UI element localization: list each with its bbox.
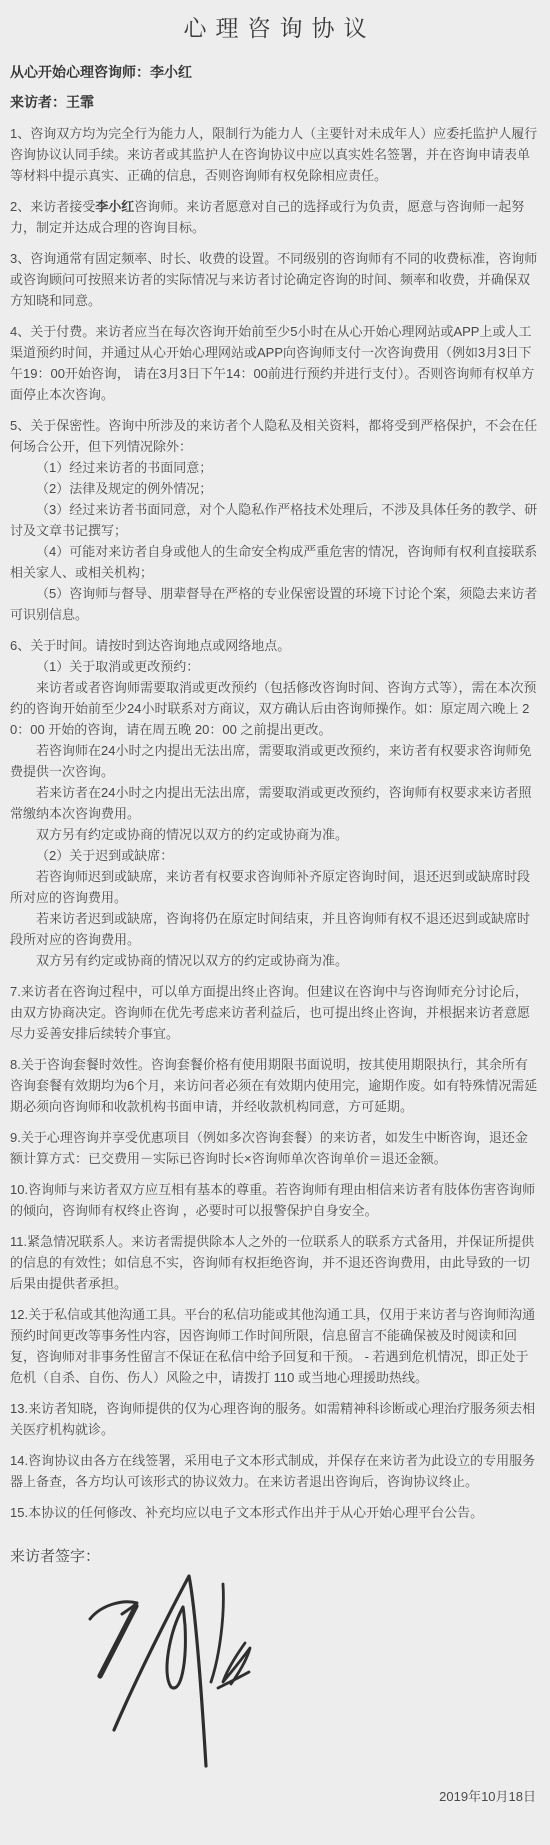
visitor-name: 王霏 — [66, 94, 94, 110]
visitor-label: 来访者： — [10, 94, 66, 110]
clause-paragraph: 7.来访者在咨询过程中，可以单方面提出终止咨询。但建议在咨询中与咨询师充分讨论后… — [10, 981, 540, 1044]
clause-paragraph: 11.紧急情况联系人。来访者需提供除本人之外的一位联系人的联系方式备用，并保证所… — [10, 1231, 540, 1294]
clause-paragraph: 5、关于保密性。咨询中所涉及的来访者个人隐私及相关资料，都将受到严格保护，不会在… — [10, 415, 540, 457]
page-title: 心理咨询协议 — [10, 10, 540, 43]
clauses-container: 1、咨询双方均为完全行为能力人，限制行为能力人（主要针对未成年人）应委托监护人履… — [10, 123, 540, 1523]
clause-paragraph: 6、关于时间。请按时到达咨询地点或网络地点。 — [10, 635, 540, 656]
clause-subparagraph: （5）咨询师与督导、朋辈督导在严格的专业保密设置的环境下讨论个案，须隐去来访者可… — [10, 583, 540, 625]
clause-subparagraph: （4）可能对来访者自身或他人的生命安全构成严重危害的情况，咨询师有权利直接联系相… — [10, 541, 540, 583]
clause-paragraph: 8.关于咨询套餐时效性。咨询套餐价格有使用期限书面说明，按其使用期限执行，其余所… — [10, 1054, 540, 1117]
counselor-line: 从心开始心理咨询师：李小红 — [10, 63, 540, 81]
clause-subparagraph: 若咨询师在24小时之内提出无法出席，需要取消或更改预约，来访者有权要求咨询师免费… — [10, 740, 540, 782]
clause-subparagraph: 双方另有约定或协商的情况以双方的约定或协商为准。 — [10, 824, 540, 845]
clause-subparagraph: （2）法律及规定的例外情况； — [10, 478, 540, 499]
clause-subparagraph: 双方另有约定或协商的情况以双方的约定或协商为准。 — [10, 950, 540, 971]
signature-stroke — [114, 1576, 206, 1766]
clause-subparagraph: 若来访者在24小时之内提出无法出席，需要取消或更改预约，咨询师有权要求来访者照常… — [10, 782, 540, 824]
clause-subparagraph: （1）关于取消或更改预约： — [10, 656, 540, 677]
clause-paragraph: 3、咨询通常有固定频率、时长、收费的设置。不同级别的咨询师有不同的收费标准，咨询… — [10, 248, 540, 311]
clause-paragraph: 14.咨询协议由各方在线签署，采用电子文本形式制成，并保存在来访者为此设立的专用… — [10, 1450, 540, 1492]
clause-subparagraph: （2）关于迟到或缺席： — [10, 845, 540, 866]
clause-paragraph: 10.咨询师与来访者双方应互相有基本的尊重。若咨询师有理由相信来访者有肢体伤害咨… — [10, 1179, 540, 1221]
clause-paragraph: 1、咨询双方均为完全行为能力人，限制行为能力人（主要针对未成年人）应委托监护人履… — [10, 123, 540, 186]
clause-subparagraph: （3）经过来访者书面同意，对个人隐私作严格技术处理后，不涉及具体任务的教学、研讨… — [10, 499, 540, 541]
visitor-line: 来访者：王霏 — [10, 93, 540, 111]
signature-label: 来访者签字： — [10, 1545, 540, 1566]
clause-paragraph: 12.关于私信或其他沟通工具。平台的私信功能或其他沟通工具，仅用于来访者与咨询师… — [10, 1304, 540, 1388]
clause-subparagraph: （1）经过来访者的书面同意； — [10, 457, 540, 478]
counselor-label: 从心开始心理咨询师： — [10, 64, 150, 80]
signature-date: 2019年10月18日 — [10, 1786, 540, 1805]
clause-paragraph: 15.本协议的任何修改、补充均应以电子文本形式作出并于从心开始心理平台公告。 — [10, 1502, 540, 1523]
agreement-document: 心理咨询协议 从心开始心理咨询师：李小红 来访者：王霏 1、咨询双方均为完全行为… — [0, 0, 550, 1845]
signature-image — [82, 1570, 267, 1770]
clause-paragraph: 2、来访者接受李小红咨询师。来访者愿意对自己的选择或行为负责，愿意与咨询师一起努… — [10, 196, 540, 238]
counselor-name: 李小红 — [150, 64, 192, 80]
clause-paragraph: 4、关于付费。来访者应当在每次咨询开始前至少5小时在从心开始心理网站或APP上或… — [10, 321, 540, 405]
clause-subparagraph: 若咨询师迟到或缺席，来访者有权要求咨询师补齐原定咨询时间，退还迟到或缺席时段所对… — [10, 866, 540, 908]
signature-stroke — [100, 1606, 136, 1676]
signature-stroke — [211, 1584, 223, 1682]
clause-paragraph: 9.关于心理咨询并享受优惠项目（例如多次咨询套餐）的来访者，如发生中断咨询，退还… — [10, 1127, 540, 1169]
signature-stroke — [167, 1607, 185, 1688]
clause-paragraph: 13.来访者知晓，咨询师提供的仅为心理咨询的服务。如需精神科诊断或心理治疗服务须… — [10, 1398, 540, 1440]
clause-subparagraph: 若来访者迟到或缺席，咨询将仍在原定时间结束，并且咨询师有权不退还迟到或缺席时段所… — [10, 908, 540, 950]
clause-subparagraph: 来访者或者咨询师需要取消或更改预约（包括修改咨询时间、咨询方式等），需在本次预约… — [10, 677, 540, 740]
